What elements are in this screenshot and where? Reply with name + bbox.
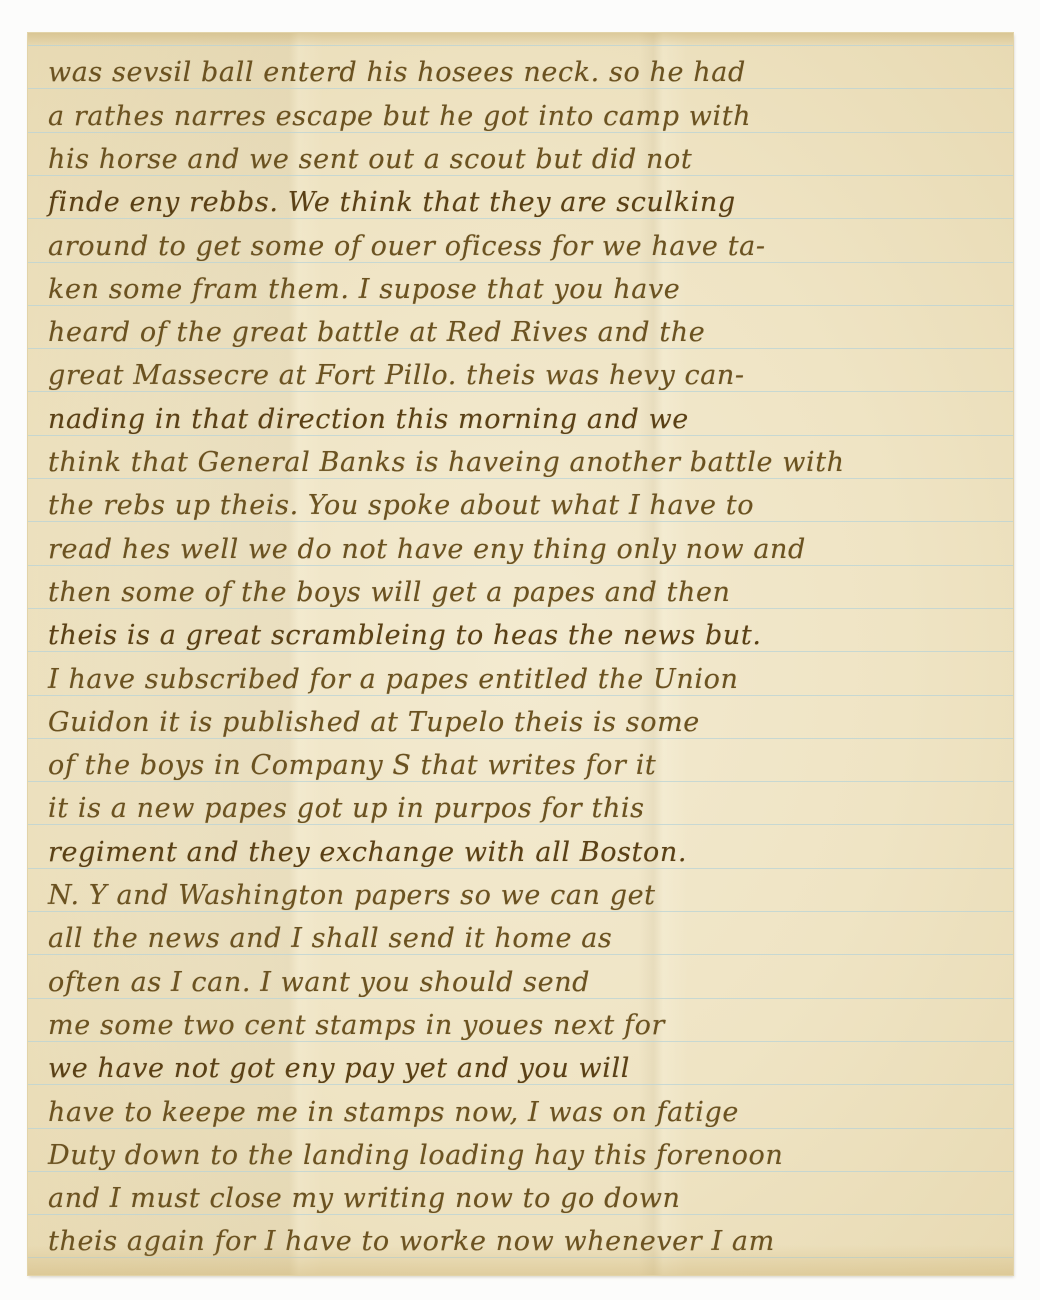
letter-page: was sevsil ball enterd his hosees neck. … bbox=[28, 33, 1013, 1275]
letter-line: nading in that direction this morning an… bbox=[48, 403, 998, 437]
letter-line: the rebs up theis. You spoke about what … bbox=[48, 489, 998, 523]
letter-line: all the news and I shall send it home as bbox=[48, 922, 998, 956]
letter-line: have to keepe me in stamps now, I was on… bbox=[48, 1096, 998, 1130]
letter-line: theis is a great scrambleing to heas the… bbox=[48, 619, 998, 653]
letter-line: it is a new papes got up in purpos for t… bbox=[48, 792, 998, 826]
letter-line: theis again for I have to worke now when… bbox=[48, 1225, 998, 1259]
letter-line: I have subscribed for a papes entitled t… bbox=[48, 663, 998, 697]
letter-line: was sevsil ball enterd his hosees neck. … bbox=[48, 56, 998, 90]
letter-line: around to get some of ouer oficess for w… bbox=[48, 230, 998, 264]
letter-line: great Massecre at Fort Pillo. theis was … bbox=[48, 359, 998, 393]
rule-line bbox=[28, 1257, 1013, 1258]
letter-line: heard of the great battle at Red Rives a… bbox=[48, 316, 998, 350]
letter-line: regiment and they exchange with all Bost… bbox=[48, 836, 998, 870]
letter-line: a rathes narres escape but he got into c… bbox=[48, 100, 998, 134]
letter-line: often as I can. I want you should send bbox=[48, 966, 998, 1000]
letter-line: me some two cent stamps in youes next fo… bbox=[48, 1009, 998, 1043]
letter-line: his horse and we sent out a scout but di… bbox=[48, 143, 998, 177]
letter-line: then some of the boys will get a papes a… bbox=[48, 576, 998, 610]
letter-line: Guidon it is published at Tupelo theis i… bbox=[48, 706, 998, 740]
letter-line: ken some fram them. I supose that you ha… bbox=[48, 273, 998, 307]
letter-line: we have not got eny pay yet and you will bbox=[48, 1052, 998, 1086]
letter-line: of the boys in Company S that writes for… bbox=[48, 749, 998, 783]
scan-background: was sevsil ball enterd his hosees neck. … bbox=[0, 0, 1040, 1300]
letter-line: and I must close my writing now to go do… bbox=[48, 1182, 998, 1216]
letter-line: N. Y and Washington papers so we can get bbox=[48, 879, 998, 913]
rule-line bbox=[28, 45, 1013, 46]
letter-line: finde eny rebbs. We think that they are … bbox=[48, 186, 998, 220]
letter-line: read hes well we do not have eny thing o… bbox=[48, 533, 998, 567]
letter-line: think that General Banks is haveing anot… bbox=[48, 446, 998, 480]
letter-line: Duty down to the landing loading hay thi… bbox=[48, 1139, 998, 1173]
